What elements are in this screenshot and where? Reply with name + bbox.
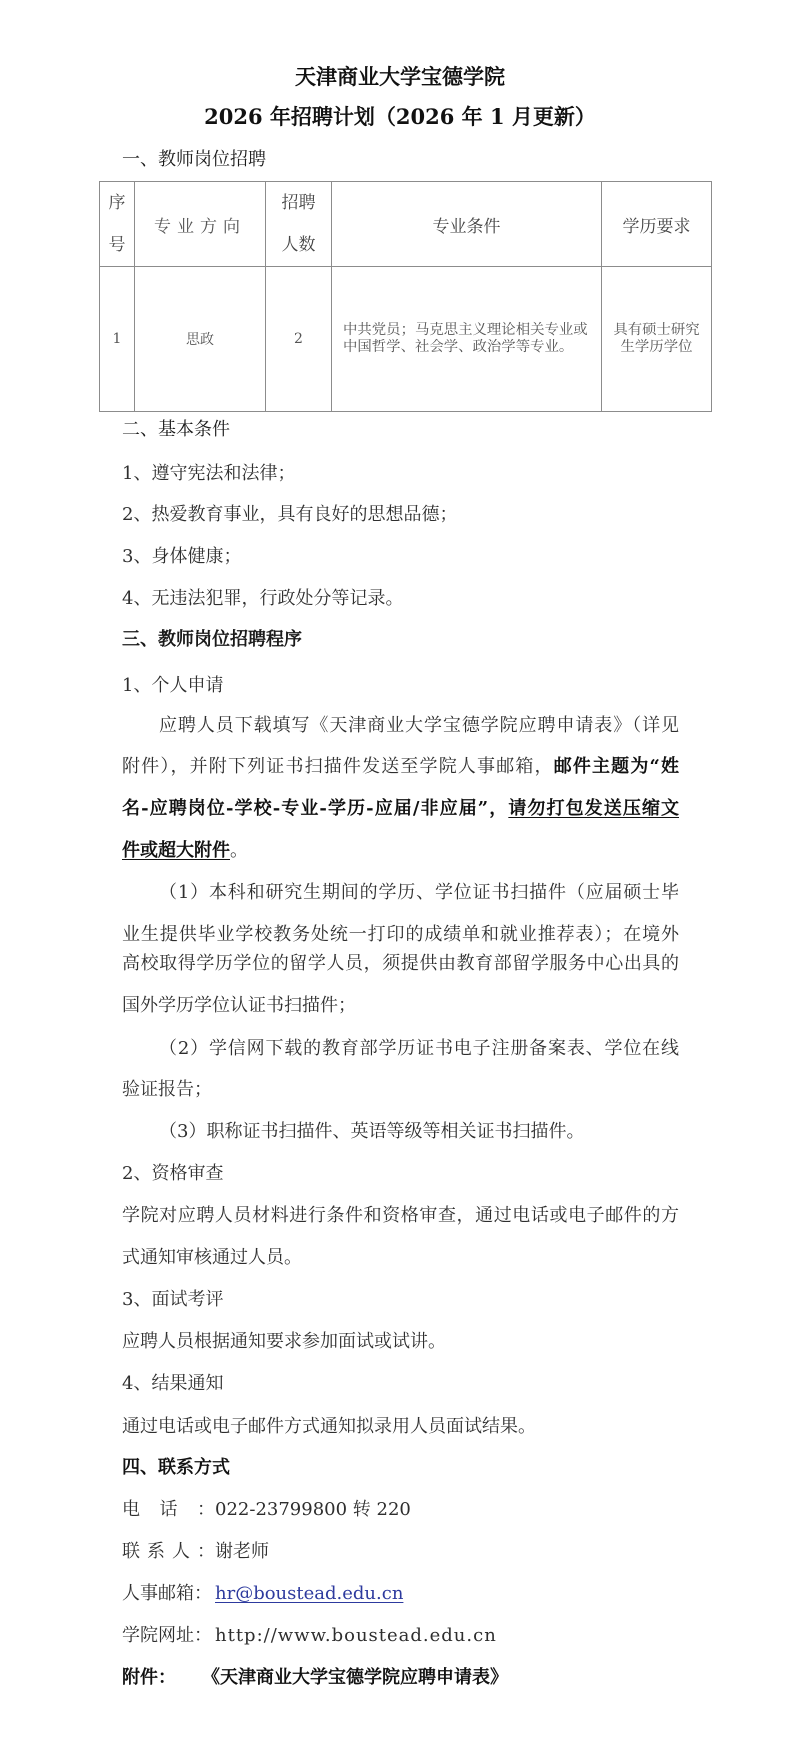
positions-table: 序 号 专业方向 招聘 人数 专业条件 学历要求 1 思政 2 中共党员；马克思… (99, 181, 712, 412)
step-heading-interview: 3、面试考评 (122, 1287, 679, 1313)
contact-person: 联系人：谢老师 (122, 1539, 679, 1565)
table-row: 1 思政 2 中共党员；马克思主义理论相关专业或 中国哲学、社会学、政治学等专业… (100, 267, 712, 412)
step-heading-application: 1、个人申请 (122, 673, 679, 699)
list-item: 4、无违法犯罪，行政处分等记录。 (122, 586, 679, 612)
cell-count: 2 (266, 267, 332, 412)
list-item: 3、身体健康； (122, 544, 679, 570)
list-item: 1、遵守宪法和法律； (122, 461, 679, 487)
no-archive-warning: 请勿打包发送压缩文 (508, 798, 679, 819)
phone-label: 电话： (122, 1497, 215, 1523)
section-heading-teacher-positions: 一、教师岗位招聘 (122, 147, 679, 173)
section-heading-basic-conditions: 二、基本条件 (122, 417, 679, 443)
section-heading-contact: 四、联系方式 (122, 1455, 679, 1481)
document-title: 天津商业大学宝德学院 (0, 63, 800, 91)
requirement-item-1: （1）本科和研究生期间的学历、学位证书扫描件（应届硕士毕 (122, 880, 679, 906)
cell-degree: 具有硕士研究 生学历学位 (602, 267, 712, 412)
requirement-item-2-line: 验证报告； (122, 1077, 679, 1103)
email-label: 人事邮箱： (122, 1581, 215, 1607)
email-link[interactable]: hr@boustead.edu.cn (215, 1583, 403, 1604)
contact-phone: 电话：022-23799800 转 220 (122, 1497, 679, 1523)
requirement-item-1-line: 国外学历学位认证书扫描件； (122, 993, 679, 1019)
requirement-item-1-line: 业生提供毕业学校教务处统一打印的成绩单和就业推荐表）；在境外 (122, 922, 679, 948)
paragraph-line: 式通知审核通过人员。 (122, 1245, 679, 1271)
website-value: http://www.boustead.edu.cn (215, 1625, 497, 1646)
header-degree: 学历要求 (602, 182, 712, 267)
requirement-item-3: （3）职称证书扫描件、英语等级等相关证书扫描件。 (122, 1119, 679, 1145)
contact-value: 谢老师 (215, 1541, 269, 1562)
paragraph-line: 学院对应聘人员材料进行条件和资格审查，通过电话或电子邮件的方 (122, 1203, 679, 1229)
section-heading-procedure: 三、教师岗位招聘程序 (122, 627, 679, 653)
step-heading-review: 2、资格审查 (122, 1161, 679, 1187)
cell-conditions: 中共党员；马克思主义理论相关专业或 中国哲学、社会学、政治学等专业。 (332, 267, 602, 412)
table-header-row: 序 号 专业方向 招聘 人数 专业条件 学历要求 (100, 182, 712, 267)
document-subtitle: 2026 年招聘计划（2026 年 1 月更新） (0, 103, 800, 131)
paragraph-line: 名-应聘岗位-学校-专业-学历-应届/非应届”，请勿打包发送压缩文 (122, 796, 679, 822)
header-index: 序 号 (100, 182, 135, 267)
paragraph-line: 通过电话或电子邮件方式通知拟录用人员面试结果。 (122, 1414, 679, 1440)
paragraph-line: 件或超大附件。 (122, 838, 679, 864)
email-subject-instruction: 邮件主题为“姓 (554, 756, 679, 777)
header-count: 招聘 人数 (266, 182, 332, 267)
attachment-label: 附件： (122, 1665, 202, 1691)
no-archive-warning-cont: 件或超大附件 (122, 840, 230, 861)
cell-index: 1 (100, 267, 135, 412)
requirement-item-1-line: 高校取得学历学位的留学人员，须提供由教育部留学服务中心出具的 (122, 951, 679, 977)
requirement-item-2: （2）学信网下载的教育部学历证书电子注册备案表、学位在线 (122, 1036, 679, 1062)
contact-label: 联系人： (122, 1539, 215, 1565)
paragraph-line: 应聘人员根据通知要求参加面试或试讲。 (122, 1329, 679, 1355)
contact-website: 学院网址：http://www.boustead.edu.cn (122, 1623, 679, 1649)
cell-major: 思政 (135, 267, 266, 412)
list-item: 2、热爱教育事业，具有良好的思想品德； (122, 502, 679, 528)
header-major: 专业方向 (135, 182, 266, 267)
phone-value: 022-23799800 转 220 (215, 1499, 411, 1520)
attachment-line: 附件：《天津商业大学宝德学院应聘申请表》 (122, 1665, 679, 1691)
header-conditions: 专业条件 (332, 182, 602, 267)
paragraph-line: 应聘人员下载填写《天津商业大学宝德学院应聘申请表》（详见 (122, 713, 679, 739)
step-heading-result: 4、结果通知 (122, 1371, 679, 1397)
paragraph-line: 附件），并附下列证书扫描件发送至学院人事邮箱，邮件主题为“姓 (122, 754, 679, 780)
contact-email: 人事邮箱：hr@boustead.edu.cn (122, 1581, 679, 1607)
website-label: 学院网址： (122, 1623, 215, 1649)
attachment-title: 《天津商业大学宝德学院应聘申请表》 (202, 1667, 508, 1688)
